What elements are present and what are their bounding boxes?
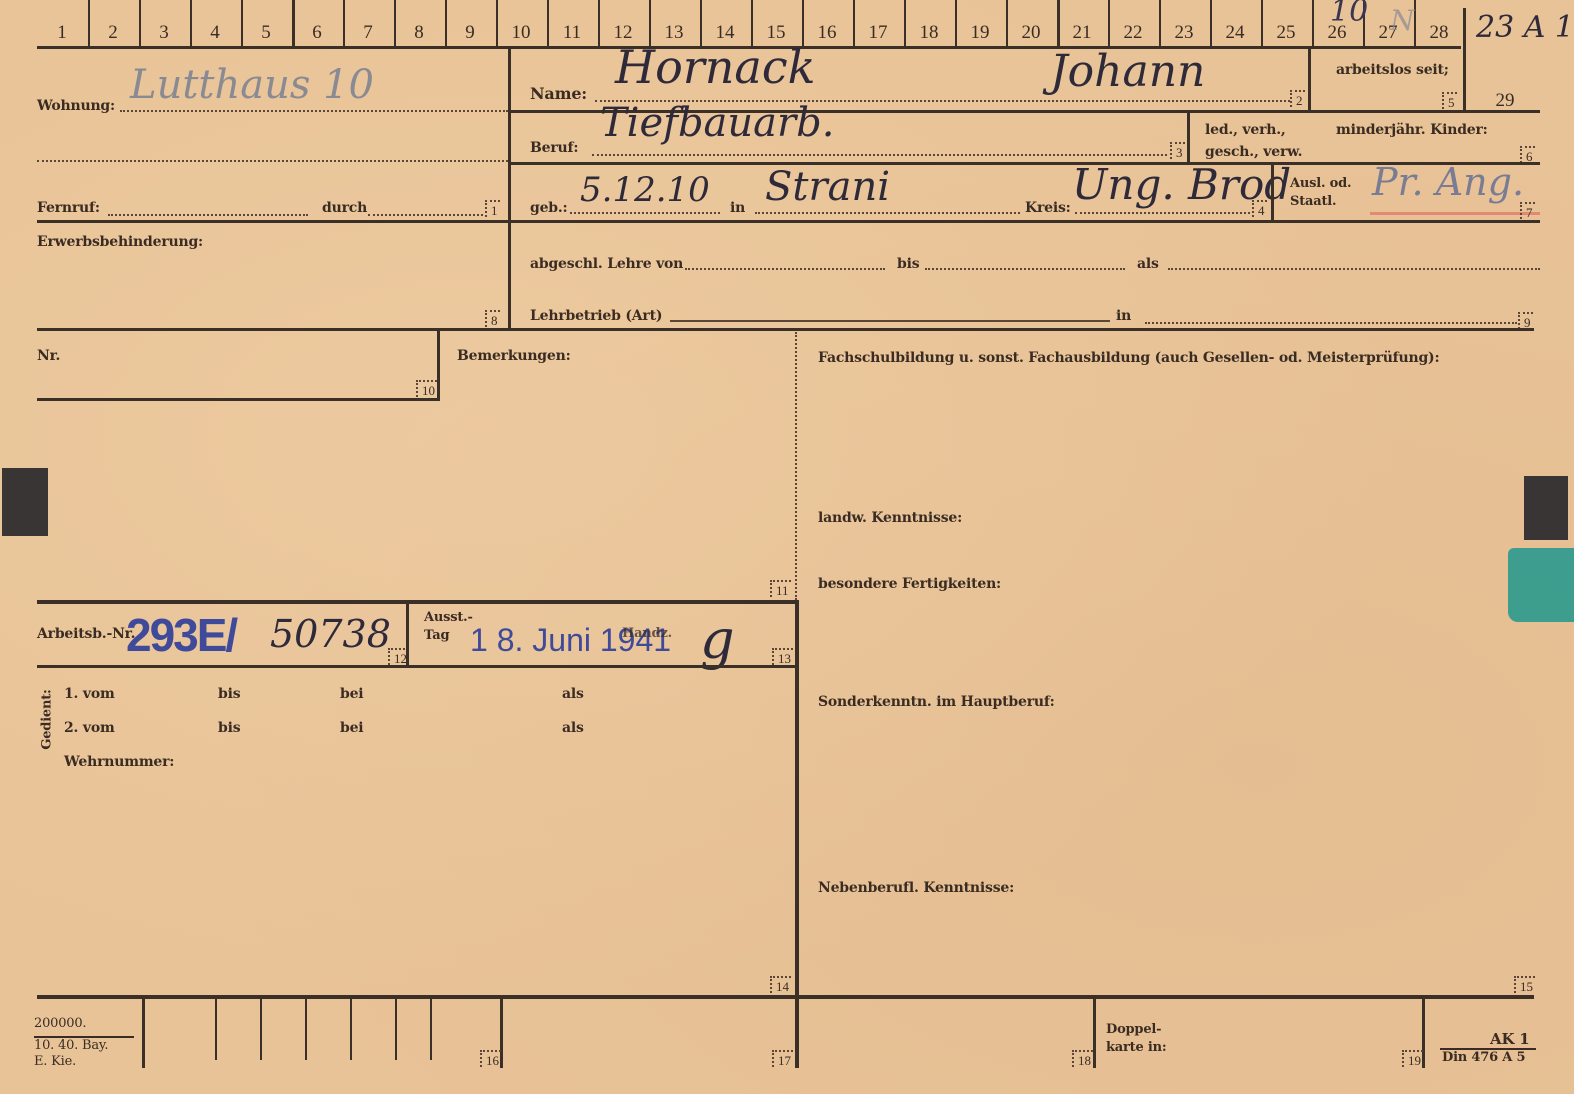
special-skills-label: besondere Fertigkeiten: [818,576,1001,592]
citizenship-label-line2: Staatl. [1290,194,1336,209]
service-2-from-label: 2. vom [64,720,115,736]
given-name-value: Johann [1050,46,1205,97]
field-number-2: 2 [1290,90,1305,107]
column-number: 20 [1006,22,1056,44]
marital-status-line2: gesch., verw. [1205,144,1302,160]
field-number-16: 16 [480,1050,501,1067]
column-number: 8 [394,22,444,44]
signature-value: g [700,608,735,671]
disability-label: Erwerbsbehinderung: [37,234,203,250]
index-tab-left-dark [2,468,48,536]
workbook-number-label: Arbeitsb.-Nr. [37,626,135,642]
birthplace-value: Strani [765,164,890,210]
registration-card: 1 2 3 4 5 6 7 8 9 10 11 12 13 14 15 16 1… [0,0,1574,1094]
duplicate-card-label-line1: Doppel- [1106,1022,1161,1037]
secondary-knowledge-label: Nebenberufl. Kenntnisse: [818,880,1014,896]
workbook-stamp: 293E/ [126,608,236,662]
field-number-17: 17 [772,1050,793,1067]
field-number-10: 10 [416,380,437,397]
column-number: 19 [955,22,1005,44]
field-number-14: 14 [770,976,791,993]
field-number-4: 4 [1252,200,1267,217]
column-number: 9 [445,22,495,44]
apprenticeship-as-label: als [1137,256,1159,272]
apprenticeship-company-label: Lehrbetrieb (Art) [530,308,662,324]
index-tab-right-dark [1524,476,1568,540]
din-standard: Din 476 A 5 [1442,1050,1525,1065]
column-number: 24 [1210,22,1260,44]
print-date-line: 10. 40. Bay. [34,1038,108,1053]
field-number-13: 13 [772,648,793,665]
duplicate-card-label-line2: karte in: [1106,1040,1166,1055]
column-number: 2 [88,22,138,44]
issue-date-label-line2: Tag [424,628,449,643]
marital-status-line1: led., verh., [1205,122,1286,138]
col26-handwriting: 10 [1330,0,1368,29]
field-number-19: 19 [1402,1050,1423,1067]
column-number: 3 [139,22,189,44]
field-number-5: 5 [1442,92,1457,109]
field-number-7: 7 [1520,202,1535,219]
red-underline [1370,212,1540,215]
apprenticeship-until-label: bis [897,256,919,272]
top-right-handwriting: 23 A 16 [1476,10,1574,45]
apprenticeship-in-label: in [1116,308,1131,324]
service-2-at-label: bei [340,720,363,736]
column-number: 21 [1057,22,1107,44]
number-label: Nr. [37,348,60,364]
printer-line: E. Kie. [34,1054,76,1069]
service-1-as-label: als [562,686,584,702]
field-number-18: 18 [1072,1050,1093,1067]
print-run: 200000. [34,1016,86,1031]
field-number-11: 11 [770,580,791,597]
column-number: 23 [1159,22,1209,44]
phone-label: Fernruf: [37,200,100,216]
service-2-until-label: bis [218,720,240,736]
field-number-8: 8 [485,310,500,327]
column-number: 7 [343,22,393,44]
service-1-from-label: 1. vom [64,686,115,702]
name-label: Name: [530,84,587,103]
column-number-29: 29 [1480,90,1530,112]
apprenticeship-from-label: abgeschl. Lehre von [530,256,683,272]
service-1-until-label: bis [218,686,240,702]
column-number: 17 [853,22,903,44]
column-number: 4 [190,22,240,44]
column-number: 25 [1261,22,1311,44]
minor-children-label: minderjähr. Kinder: [1336,122,1488,138]
birth-label: geb.: [530,200,568,216]
column-number: 1 [37,22,87,44]
unemployed-since-label: arbeitslos seit; [1336,62,1449,78]
occupation-label: Beruf: [530,140,578,156]
surname-value: Hornack [615,40,816,94]
column-number: 5 [241,22,291,44]
citizenship-label-line1: Ausl. od. [1290,176,1351,191]
signature-label: Handz. [622,626,672,641]
address-value: Lutthaus 10 [130,62,374,108]
served-vertical-label: Gedient: [40,685,55,755]
field-number-9: 9 [1518,312,1533,329]
special-knowledge-main-occupation-label: Sonderkenntn. im Hauptberuf: [818,694,1055,710]
index-tab-right-teal [1508,548,1574,622]
column-number: 11 [547,22,597,44]
col27-pencil-mark: N [1390,4,1415,37]
agricultural-knowledge-label: landw. Kenntnisse: [818,510,962,526]
address-label: Wohnung: [37,98,115,114]
column-number: 22 [1108,22,1158,44]
column-number: 10 [496,22,546,44]
vocational-training-label: Fachschulbildung u. sonst. Fachausbildun… [818,350,1439,366]
district-label: Kreis: [1025,200,1071,216]
field-number-3: 3 [1170,142,1185,159]
remarks-label: Bemerkungen: [457,348,571,364]
form-code: AK 1 [1490,1030,1530,1048]
occupation-value: Tiefbauarb. [600,100,834,146]
phone-via-label: durch [322,200,367,216]
workbook-number-value: 50738 [270,612,391,656]
field-number-1: 1 [485,200,500,217]
citizenship-value: Pr. Ang. [1372,160,1524,204]
military-number-label: Wehrnummer: [64,754,174,770]
column-number: 6 [292,22,342,44]
service-1-at-label: bei [340,686,363,702]
column-number: 28 [1414,22,1464,44]
birthplace-in-label: in [730,200,745,216]
birth-date-value: 5.12.10 [580,170,710,210]
column-number: 18 [904,22,954,44]
issue-date-label-line1: Ausst.- [424,610,473,625]
service-2-as-label: als [562,720,584,736]
field-number-15: 15 [1514,976,1535,993]
